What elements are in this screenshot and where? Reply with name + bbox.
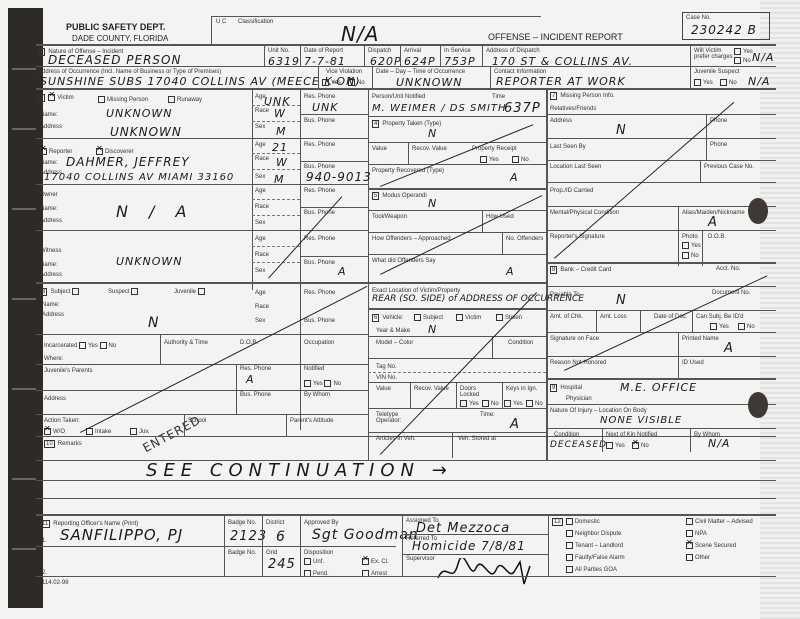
can-subj-yes-checkbox[interactable] <box>710 323 717 330</box>
victim-bus-phone-label: Bus. Phone <box>304 118 335 124</box>
witness-bus-phone-label: Bus. Phone <box>304 260 335 266</box>
supervisor-label: Supervisor <box>406 556 435 562</box>
witness-res-phone-label: Res. Phone <box>304 236 335 242</box>
prosecute-label: Will Victim prefer charges <box>694 48 734 60</box>
nature-of-injury-label: Nature Of Injury – Location On Body <box>550 408 647 414</box>
keys-no-checkbox[interactable] <box>526 400 533 407</box>
payable-to-label: Payable To <box>550 292 580 298</box>
notified-time-value: 637P <box>504 102 541 115</box>
owner-bus-phone-label: Bus. Phone <box>304 210 335 216</box>
owner-res-phone-label: Res. Phone <box>304 188 335 194</box>
missing-person-checkbox[interactable] <box>98 96 105 103</box>
owner-value: N / A <box>116 204 194 220</box>
parents-res-phone-label: Res. Phone <box>240 366 271 372</box>
date-value: 7-7-81 <box>304 56 346 67</box>
teletype-label: Teletype Operator: <box>376 412 412 424</box>
unfounded-checkbox[interactable] <box>304 558 311 565</box>
reporter-sex-label: Sex <box>255 174 265 180</box>
nok-by-whom-value: N/A <box>708 438 730 449</box>
value-label: Value <box>372 146 387 152</box>
case-no-value: 230242 B <box>691 24 757 36</box>
subject-name-label: Name: <box>42 302 60 308</box>
subject-bus-phone-label: Bus. Phone <box>304 318 335 324</box>
badge-label: Badge No. <box>228 520 256 526</box>
dispatch-address-label: Address of Dispatch <box>486 48 540 54</box>
subject-age-label: Age <box>255 290 266 296</box>
missing-person-info-label: Missing Person Info. <box>560 93 614 99</box>
by-whom-label: By Whom <box>304 392 330 398</box>
owner-name-label: Name: <box>40 206 58 212</box>
entered-stamp: ENTERED <box>141 414 203 454</box>
parents-bus-phone-label: Bus. Phone <box>240 392 271 398</box>
vehicle-condition-label: Condition <box>508 340 533 346</box>
printed-name-label: Printed Name <box>682 336 719 342</box>
printed-name-value: A <box>724 342 734 355</box>
reporter-bus-phone: 940-9013 <box>306 171 372 183</box>
how-approached-label: How Offenders – Approached <box>372 236 451 242</box>
document-page: PUBLIC SAFETY DEPT. DADE COUNTY, FLORIDA… <box>0 0 800 619</box>
scene-secured-checkbox[interactable] <box>686 542 693 549</box>
owner-address-label: Address <box>40 218 62 224</box>
nature-of-injury-value: NONE VISIBLE <box>600 416 682 426</box>
vehicle-stolen-checkbox[interactable] <box>496 314 503 321</box>
inservice-label: In Service <box>444 48 471 54</box>
authority-label: Authority & Time <box>164 340 208 346</box>
strike-line <box>80 286 367 433</box>
condition-value: DECEASED <box>550 441 607 450</box>
all-parties-goa-checkbox[interactable] <box>566 566 573 573</box>
vin-label: VIN No. <box>376 375 397 381</box>
tag-no-label: Tag No. <box>376 364 397 370</box>
offenders-say-value: A <box>506 266 515 277</box>
reporter-checkbox[interactable] <box>40 148 47 155</box>
owner-sex-label: Sex <box>255 220 265 226</box>
form-number: 114.02-98 <box>42 580 69 586</box>
payable-to-value: N <box>616 294 627 307</box>
victim-res-phone-label: Res. Phone <box>304 94 335 100</box>
parents-address-label: Address <box>44 396 66 402</box>
occurrence-value: SUNSHINE SUBS 17040 COLLINS AV (MEECE K-… <box>40 76 361 87</box>
doors-no-checkbox[interactable] <box>482 400 489 407</box>
person-notified-value: M. WEIMER / DS SMITH <box>372 104 507 114</box>
reporter-sex: M <box>274 174 285 185</box>
juvenile-no-checkbox[interactable] <box>720 79 727 86</box>
approved-by-label: Approved By <box>304 520 338 526</box>
witness-race-label: Race <box>255 252 269 258</box>
victim-address-label: Address <box>40 124 62 130</box>
npa-checkbox[interactable] <box>686 530 693 537</box>
reporter-age-label: Age <box>255 142 266 148</box>
juvenile-suspect-label: Juvenile Suspect <box>694 69 739 75</box>
year-make-label: Year & Make <box>376 328 410 334</box>
contact-value: REPORTER AT WORK <box>496 76 626 87</box>
vehicle-subject-checkbox[interactable] <box>414 314 421 321</box>
victim-sex: M <box>276 126 287 137</box>
officer-name-value: SANFILIPPO, PJ <box>60 528 183 543</box>
receipt-no-checkbox[interactable] <box>512 156 519 163</box>
prosecute-no-checkbox[interactable] <box>734 57 741 64</box>
relatives-label: Relatives/Friends <box>550 106 596 112</box>
classification-label: Classification <box>238 19 273 25</box>
occurrence-time-label: Date – Day – Time of Occurrence <box>376 69 465 75</box>
district-label: District <box>266 520 284 526</box>
vehicle-value-label: Value <box>376 386 391 392</box>
receipt-yes-checkbox[interactable] <box>480 156 487 163</box>
bank-credit-card-label: Bank – Credit Card <box>560 267 611 273</box>
notified-no-checkbox[interactable] <box>324 380 331 387</box>
missing-address-value: N <box>616 124 627 137</box>
juvenile-checkbox[interactable] <box>198 288 205 295</box>
last-seen-phone-label: Phone <box>710 142 727 148</box>
hole-punch-mark <box>748 198 768 224</box>
notified-yes-checkbox[interactable] <box>304 380 311 387</box>
witness-name-label: Name: <box>40 262 58 268</box>
reporter-race-label: Race <box>255 156 269 162</box>
photo-label: Photo <box>682 234 698 240</box>
parents-label: Juvenile's Parents <box>44 368 93 374</box>
hospital-label: Hospital <box>560 385 582 391</box>
can-subj-no-checkbox[interactable] <box>738 323 745 330</box>
condition-label: Condition <box>554 432 579 438</box>
victim-checkbox[interactable] <box>48 94 55 101</box>
unit-value: 6319 <box>268 56 300 67</box>
classification-value: N/A <box>341 24 379 44</box>
can-subj-label: Can Subj. Be ID'd <box>696 314 744 320</box>
vehicle-stored-label: Veh. Stored at <box>458 436 496 442</box>
reporter-res-phone-label: Res. Phone <box>304 142 335 148</box>
last-seen-label: Last Seen By <box>550 144 586 150</box>
incarcerated-no-checkbox[interactable] <box>100 342 107 349</box>
hospital-value: M.E. OFFICE <box>620 382 697 393</box>
remarks-text: SEE CONTINUATION → <box>146 462 453 480</box>
victim-phone: UNK <box>312 102 339 113</box>
victim-sex-label: Sex <box>255 124 265 130</box>
case-no-label: Case No. <box>686 15 711 21</box>
amt-loss-label: Amt. Loss <box>600 314 627 320</box>
date-label: Date of Report <box>304 48 343 54</box>
juvenile-value: N/A <box>748 76 770 87</box>
line-1-label: 1. <box>42 538 47 544</box>
property-recovered-label: Property Recovered (Type) <box>372 168 444 174</box>
faulty-alarm-checkbox[interactable] <box>566 554 573 561</box>
dispatch-value: 620P <box>370 56 402 67</box>
arrival-label: Arrival <box>404 48 421 54</box>
victim-address: UNKNOWN <box>110 126 182 138</box>
subject-value: N <box>148 316 159 330</box>
previous-case-label: Previous Case No. <box>704 164 754 170</box>
id-used-label: ID Used <box>682 360 704 366</box>
victim-race: W <box>274 108 286 119</box>
neighbor-dispute-checkbox[interactable] <box>566 530 573 537</box>
witness-sex-label: Sex <box>255 268 265 274</box>
signature-on-face-label: Signature on Face <box>550 336 599 342</box>
owner-age-label: Age <box>255 188 266 194</box>
reporter-age: 21 <box>272 142 288 153</box>
domestic-checkbox[interactable] <box>566 518 573 525</box>
property-taken-value: N <box>428 128 437 139</box>
uc-label: U C <box>216 19 226 25</box>
occupation-label: Occupation <box>304 340 334 346</box>
grid-value: 245 <box>268 558 296 571</box>
wo-checkbox[interactable] <box>44 428 51 435</box>
hole-punch-mark <box>748 392 768 418</box>
parents-attitude-label: Parent's Attitude <box>290 418 334 424</box>
reporter-name-label: Name: <box>40 160 58 166</box>
case-number-box: Case No. 230242 B <box>682 12 770 40</box>
grid-label: Grid <box>266 550 277 556</box>
report-title: OFFENSE – INCIDENT REPORT <box>488 32 623 42</box>
victim-age: UNK <box>264 96 291 107</box>
juvenile-yes-checkbox[interactable] <box>694 79 701 86</box>
recov-value-label: Recov. Value <box>412 146 447 152</box>
year-make-value: N <box>428 324 437 335</box>
witness-bus-phone: A <box>338 266 347 277</box>
parents-res-phone: A <box>246 374 255 385</box>
keys-yes-checkbox[interactable] <box>504 400 511 407</box>
modus-operandi-label: Modus Operandi <box>382 193 426 199</box>
remarks-label: Remarks <box>58 441 82 447</box>
incident-report-form: PUBLIC SAFETY DEPT. DADE COUNTY, FLORIDA… <box>36 8 776 598</box>
no-offenders-label: No. Offenders <box>506 236 543 242</box>
alias-value: A <box>708 216 718 229</box>
teletype-time-label: Time: <box>480 412 495 418</box>
witness-name: UNKNOWN <box>116 256 183 267</box>
supervisor-signature <box>436 558 536 576</box>
juv-checkbox[interactable] <box>130 428 137 435</box>
tenant-landlord-checkbox[interactable] <box>566 542 573 549</box>
vice-no-checkbox[interactable] <box>348 79 355 86</box>
keys-in-ign-label: Keys in Ign. <box>506 386 537 392</box>
prop-id-label: Prop./ID Carried <box>550 188 593 194</box>
incarcerated-yes-checkbox[interactable] <box>79 342 86 349</box>
witness-label: Witness <box>40 248 61 254</box>
exceptionally-cleared-checkbox[interactable] <box>362 558 369 565</box>
location-last-seen-label: Location Last Seen <box>550 164 601 170</box>
nok-yes-checkbox[interactable] <box>606 442 613 449</box>
victim-race-label: Race <box>255 108 269 114</box>
property-recovered-value: A <box>510 172 519 183</box>
inservice-value: 753P <box>444 56 476 67</box>
victim-name-label: Name: <box>40 112 58 118</box>
nature-value: DECEASED PERSON <box>48 54 181 66</box>
witness-age-label: Age <box>255 236 266 242</box>
discoverer-checkbox[interactable] <box>96 148 103 155</box>
subject-checkbox[interactable] <box>72 288 79 295</box>
witness-address-label: Address <box>40 272 62 278</box>
dispatch-address-value: 170 ST & COLLINS AV. <box>492 56 633 67</box>
dept-name: PUBLIC SAFETY DEPT. <box>66 22 165 32</box>
district-value: 6 <box>276 530 286 544</box>
doors-locked-label: Doors Locked <box>460 386 484 398</box>
teletype-time-value: A <box>510 418 520 431</box>
owner-label: Owner <box>40 192 58 198</box>
arrival-value: 624P <box>404 56 436 67</box>
civil-matter-checkbox[interactable] <box>686 518 693 525</box>
reporter-name: DAHMER, JEFFREY <box>66 156 190 168</box>
physician-label: Physician <box>566 396 592 402</box>
reporter-race: W <box>276 157 288 168</box>
missing-address-label: Address <box>550 118 572 124</box>
vice-yes-checkbox[interactable] <box>322 79 329 86</box>
reporter-address: 17040 COLLINS AV MIAMI 33160 <box>44 173 234 183</box>
other-checkbox[interactable] <box>686 554 693 561</box>
subject-address-label: Address <box>42 312 64 318</box>
subject-race-label: Race <box>255 304 269 310</box>
person-notified-label: Person/Unit Notified <box>372 94 425 100</box>
notified-time-label: Time <box>492 94 505 100</box>
notified-label: Notified <box>304 366 324 372</box>
subject-res-phone-label: Res. Phone <box>304 290 335 296</box>
occurrence-time-value: UNKNOWN <box>396 77 463 88</box>
subject-sex-label: Sex <box>255 318 265 324</box>
photo-no-checkbox[interactable] <box>682 252 689 259</box>
prosecute-yes-checkbox[interactable] <box>734 48 741 55</box>
vehicle-victim-checkbox[interactable] <box>456 314 463 321</box>
county-name: DADE COUNTY, FLORIDA <box>72 34 168 43</box>
suspect-checkbox[interactable] <box>131 288 138 295</box>
model-color-label: Model – Color <box>376 340 413 346</box>
disposition-label: Disposition <box>304 550 333 556</box>
where-label: Where: <box>44 356 63 362</box>
owner-race-label: Race <box>255 204 269 210</box>
amt-check-label: Amt. of Chk. <box>550 314 583 320</box>
unit-label: Unit No. <box>268 48 290 54</box>
badge-2-label: Badge No. <box>228 550 256 556</box>
missing-dob-label: D.O.B. <box>708 234 726 240</box>
dispatch-label: Dispatch <box>368 48 391 54</box>
vice-label: Vice Violation <box>326 69 362 75</box>
acct-no-label: Acct. No. <box>716 266 740 272</box>
photo-yes-checkbox[interactable] <box>682 242 689 249</box>
strike-line <box>380 195 542 275</box>
nok-no-checkbox[interactable] <box>632 442 639 449</box>
doors-yes-checkbox[interactable] <box>460 400 467 407</box>
prosecute-value: N/A <box>752 52 774 63</box>
modus-operandi-value: N <box>428 198 437 209</box>
victim-name: UNKNOWN <box>106 108 173 119</box>
runaway-checkbox[interactable] <box>168 96 175 103</box>
tool-weapon-label: Tool/Weapon <box>372 214 407 220</box>
referred-to-value: Homicide 7/8/81 <box>412 540 526 552</box>
